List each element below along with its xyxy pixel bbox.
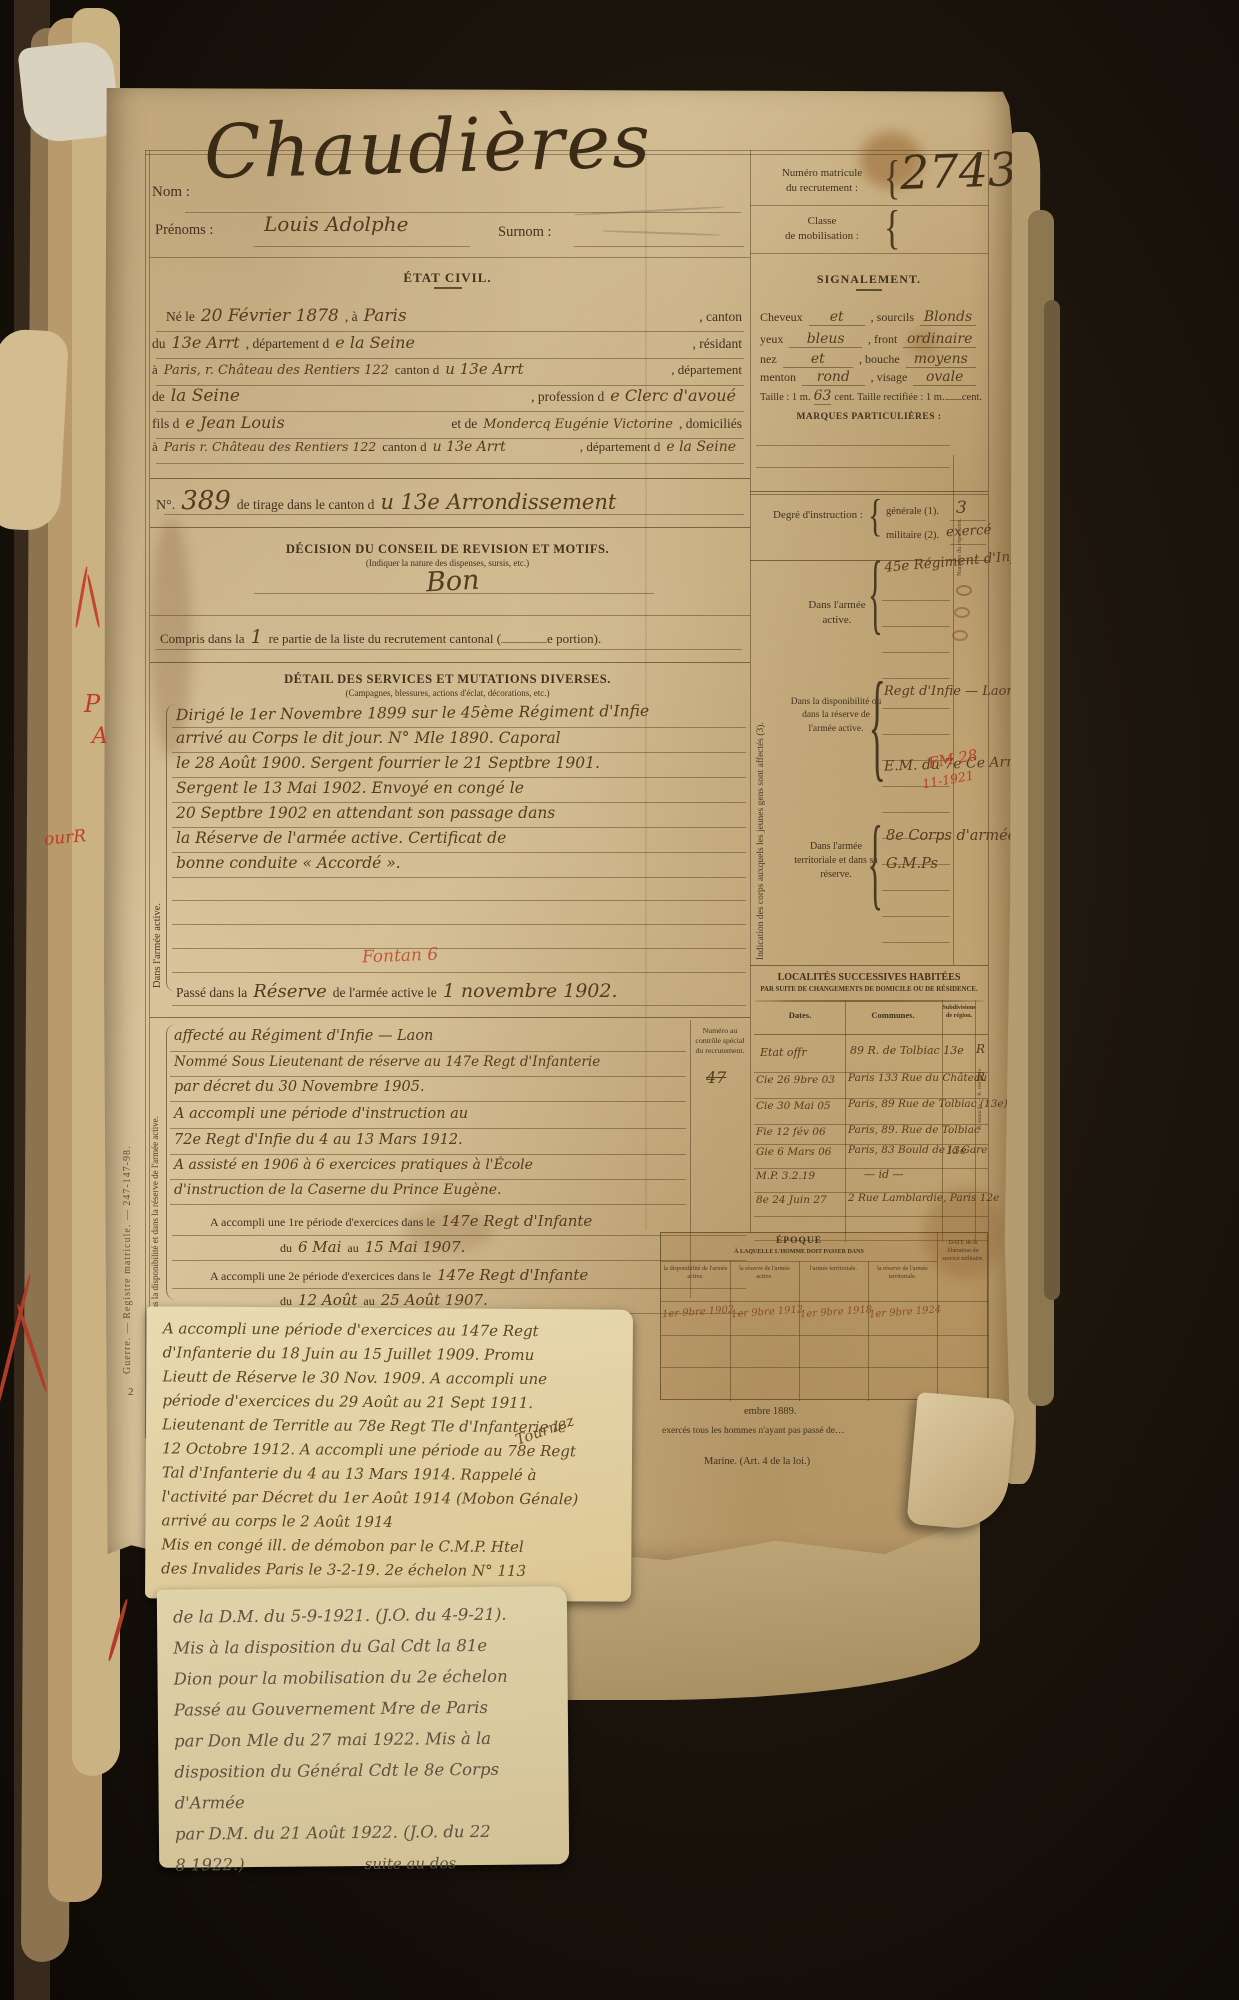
label: canton d bbox=[395, 362, 439, 378]
value: 13e Arrt bbox=[172, 333, 240, 352]
red-script-annotation: Fontan 6 bbox=[362, 945, 439, 968]
signalement-title: SIGNALEMENT. bbox=[750, 272, 988, 287]
label: au bbox=[347, 1241, 358, 1256]
rule bbox=[882, 812, 950, 813]
value: rond bbox=[802, 369, 865, 386]
label: Cheveux bbox=[760, 310, 803, 325]
label: , département d bbox=[580, 439, 661, 455]
epoque-value: 1er 9bre 1918 bbox=[800, 1305, 868, 1321]
service-line: la Réserve de l'armée active. Certificat… bbox=[176, 829, 506, 847]
service-line: Sergent le 13 Mai 1902. Envoyé en congé … bbox=[176, 779, 524, 797]
table-line bbox=[799, 1261, 800, 1401]
service-line: bonne conduite « Accordé ». bbox=[176, 854, 401, 872]
slip1-line: arrivé au corps le 2 Août 1914 bbox=[161, 1508, 619, 1535]
localites-row-date: Cie 30 Mai 05 bbox=[756, 1100, 831, 1112]
section-rule bbox=[150, 527, 750, 528]
reserve-line: 72e Regt d'Infie du 4 au 13 Mars 1912. bbox=[174, 1132, 463, 1148]
reserve-line: A assisté en 1906 à 6 exercices pratique… bbox=[174, 1157, 533, 1173]
armee-active-side-label: Dans l'armée active. bbox=[152, 748, 163, 988]
red-script-annotation: ourR bbox=[43, 826, 87, 850]
value: et bbox=[783, 351, 853, 368]
table-line bbox=[661, 1335, 989, 1336]
rule bbox=[574, 246, 744, 247]
rule bbox=[882, 734, 950, 735]
label: et de bbox=[451, 416, 477, 432]
localites-row-commune: 89 R. de Tolbiac 13e bbox=[850, 1044, 964, 1057]
label: e portion). bbox=[547, 631, 601, 647]
label: , bouche bbox=[859, 352, 900, 367]
matricule-value: 2743 bbox=[899, 142, 1018, 200]
value: 12 Août bbox=[298, 1291, 357, 1309]
rule bbox=[164, 514, 744, 515]
rule bbox=[170, 1154, 686, 1155]
service-line: arrivé au Corps le dit jour. N° Mle 1890… bbox=[176, 729, 561, 747]
rule bbox=[156, 331, 744, 332]
label: Compris dans la bbox=[160, 631, 245, 647]
value: 63 bbox=[814, 388, 832, 405]
localites-row-date: Etat offr bbox=[760, 1046, 807, 1059]
brace: { bbox=[868, 543, 883, 645]
etat-civil-line-1: Né le20 Février 1878, àParis, canton bbox=[166, 306, 742, 326]
column-divider bbox=[750, 150, 751, 1232]
value: moyens bbox=[906, 351, 976, 368]
rule bbox=[172, 777, 746, 778]
value: 6 Mai bbox=[298, 1238, 341, 1256]
spine-imprint: Guerre. — Registre matricule. — 247-147-… bbox=[122, 934, 133, 1374]
slip1-line: 12 Octobre 1912. A accompli une période … bbox=[162, 1436, 620, 1463]
rule bbox=[150, 615, 750, 616]
localites-row-date: Fie 12 fév 06 bbox=[756, 1126, 826, 1138]
rule bbox=[750, 205, 988, 206]
value: 147e Regt d'Infante bbox=[437, 1266, 588, 1284]
slip2-line: Dion pour la mobilisation du 2e échelon bbox=[173, 1660, 557, 1694]
rule bbox=[156, 649, 742, 650]
rule bbox=[156, 463, 744, 464]
etat-civil-line-3: àParis, r. Château des Rentiers 122canto… bbox=[152, 360, 742, 378]
ink-scribble bbox=[954, 607, 970, 618]
label: menton bbox=[760, 370, 796, 385]
reserve-line: d'instruction de la Caserne du Prince Eu… bbox=[174, 1182, 501, 1198]
value: ordinaire bbox=[903, 331, 976, 348]
label: , profession d bbox=[531, 389, 604, 405]
section-rule bbox=[150, 1017, 750, 1018]
rule bbox=[170, 1101, 686, 1102]
epoque-col-header: l'armée territoriale. bbox=[800, 1265, 867, 1273]
epoque-value: 1er 9bre 1902 bbox=[662, 1305, 730, 1321]
brace: { bbox=[868, 492, 882, 543]
service-line: 20 Septbre 1902 en attendant son passage… bbox=[176, 804, 555, 822]
rule bbox=[882, 600, 950, 601]
rule bbox=[150, 257, 750, 258]
brace: { bbox=[884, 202, 900, 255]
rule bbox=[172, 802, 746, 803]
rule bbox=[172, 827, 746, 828]
epoque-col-header: la disponibilité de l'armée active. bbox=[662, 1265, 729, 1281]
slip1-line: période d'exercices du 29 Août au 21 Sep… bbox=[162, 1388, 620, 1415]
table-line bbox=[845, 1000, 846, 1242]
rule bbox=[750, 253, 988, 254]
rule bbox=[754, 1216, 988, 1217]
value: e Jean Louis bbox=[185, 413, 284, 432]
torn-paper-tab bbox=[0, 328, 69, 531]
value: Paris r. Château des Rentiers 122 bbox=[164, 439, 376, 454]
signalement-row: nezet, bouchemoyens bbox=[760, 351, 982, 368]
value: u 13e Arrondissement bbox=[380, 490, 616, 514]
label: du bbox=[280, 1241, 292, 1256]
label: nez bbox=[760, 352, 777, 367]
signalement-row: yeuxbleus, frontordinaire bbox=[760, 331, 982, 348]
services-title: DÉTAIL DES SERVICES ET MUTATIONS DIVERSE… bbox=[145, 672, 750, 687]
etat-civil-line-5: fils de Jean Louiset deMondercq Eugénie … bbox=[152, 413, 742, 432]
value: Réserve bbox=[253, 981, 327, 1002]
label: du bbox=[152, 336, 166, 352]
slip1-line: l'activité par Décret du 1er Août 1914 (… bbox=[162, 1484, 620, 1511]
rule bbox=[170, 1179, 686, 1180]
value: 25 Août 1907. bbox=[381, 1291, 488, 1309]
value: 147e Regt d'Infante bbox=[441, 1212, 592, 1230]
frame-line bbox=[988, 150, 989, 1398]
title-underline bbox=[434, 287, 462, 289]
rule bbox=[254, 593, 654, 594]
rule bbox=[882, 652, 950, 653]
footer-fragment: exercés tous les hommes n'ayant pas pass… bbox=[662, 1426, 844, 1436]
tirage-line: N°.389de tirage dans le canton du 13e Ar… bbox=[156, 486, 742, 516]
label: de l'armée active le bbox=[333, 985, 437, 1001]
brace: { bbox=[884, 152, 900, 205]
value: e la Seine bbox=[335, 333, 415, 352]
photo-of-register-book: P A ourR Guerre. — Registre matricule. —… bbox=[0, 0, 1239, 2000]
passe-reserve-line: Passé dans laRéservede l'armée active le… bbox=[176, 980, 744, 1002]
reserve-line: par décret du 30 Novembre 1905. bbox=[174, 1079, 425, 1095]
red-letter-annotation: P bbox=[84, 690, 100, 718]
table-line bbox=[730, 1261, 731, 1401]
value: 1 novembre 1902. bbox=[443, 980, 618, 1002]
rule bbox=[172, 727, 746, 728]
slip2-line: par D.M. du 21 Août 1922. (J.O. du 22 bbox=[175, 1815, 559, 1849]
localites-row-commune: Paris, 89. Rue de Tolbiac bbox=[848, 1124, 980, 1136]
epoque-col-header: la réserve de l'armée active. bbox=[731, 1265, 798, 1281]
label: , département d bbox=[246, 336, 330, 352]
rule bbox=[882, 890, 950, 891]
corps-rotated-label: Indication des corps auxquels les jeunes… bbox=[756, 574, 766, 960]
rule bbox=[882, 708, 950, 709]
rule bbox=[756, 445, 950, 446]
value: u 13e Arrt bbox=[445, 360, 523, 378]
corps-dispo-value-1: Regt d'Infie — Laon bbox=[884, 684, 1015, 699]
matricule-label-2: du recrutement : bbox=[786, 182, 858, 194]
signalement-row: mentonrond, visageovale bbox=[760, 369, 982, 386]
localites-row-commune: Paris 133 Rue du Château bbox=[848, 1072, 987, 1084]
label: , visage bbox=[871, 370, 908, 385]
ink-scribble bbox=[952, 630, 968, 641]
controle-value: 47 bbox=[706, 1068, 726, 1087]
pasted-slip-services: A accompli une période d'exercices au 14… bbox=[145, 1306, 633, 1601]
slip2-line: Mis à la disposition du Gal Cdt la 81e bbox=[173, 1629, 557, 1663]
label: de bbox=[152, 389, 165, 405]
localites-row-date: 8e 24 Juin 27 bbox=[756, 1194, 827, 1206]
classe-label: Classede mobilisation : bbox=[760, 214, 884, 244]
slip1-line: A accompli une période d'exercices au 14… bbox=[163, 1316, 621, 1343]
periode1b-line: du6 Maiau15 Mai 1907. bbox=[280, 1238, 471, 1256]
localites-col-communes: Communes. bbox=[848, 1010, 938, 1020]
slip1-line: d'Infanterie du 18 Juin au 15 Juillet 19… bbox=[163, 1340, 621, 1367]
rule bbox=[882, 838, 950, 839]
label: yeux bbox=[760, 332, 783, 347]
rule bbox=[170, 1204, 686, 1205]
label: Taille : 1 m. bbox=[760, 392, 811, 403]
periode2-line: A accompli une 2e période d'exercices da… bbox=[210, 1266, 594, 1284]
classe-label-2: de mobilisation : bbox=[785, 230, 859, 242]
value: 389 bbox=[181, 486, 231, 516]
reserve-line: Nommé Sous Lieutenant de réserve au 147e… bbox=[174, 1054, 600, 1070]
prenoms-value: Louis Adolphe bbox=[264, 212, 408, 236]
compris-line: Compris dans la1re partie de la liste du… bbox=[160, 626, 742, 648]
localites-row-date: Cie 26 9bre 03 bbox=[756, 1074, 835, 1086]
rule bbox=[156, 411, 744, 412]
epoque-col-header: la réserve de l'armée territoriale. bbox=[869, 1265, 936, 1281]
label: A accompli une 1re période d'exercices d… bbox=[210, 1215, 435, 1230]
rule bbox=[172, 900, 746, 901]
suite-note: suite au dos bbox=[365, 1854, 457, 1873]
degre-label: Degré d'instruction : bbox=[768, 508, 868, 523]
label: , sourcils bbox=[871, 310, 914, 325]
section-rule bbox=[750, 965, 988, 966]
localites-row-dr: R bbox=[976, 1042, 985, 1056]
torn-paper-chunk bbox=[17, 39, 121, 144]
signalement-row: Cheveuxet, sourcilsBlonds bbox=[760, 309, 982, 326]
brace: { bbox=[868, 804, 883, 922]
reserve-line: A accompli une période d'instruction au bbox=[174, 1106, 468, 1122]
page-corner-curl bbox=[906, 1392, 1015, 1532]
value: 20 Février 1878 bbox=[201, 306, 339, 326]
prenoms-label: Prénoms : bbox=[155, 222, 213, 239]
etat-civil-line-6: àParis r. Château des Rentiers 122canton… bbox=[152, 439, 742, 455]
footer-fragment: embre 1889. bbox=[744, 1406, 797, 1417]
surnom-label: Surnom : bbox=[498, 224, 552, 241]
ink-scribble bbox=[956, 585, 972, 596]
table-line bbox=[937, 1233, 938, 1401]
epoque-date-col-header: DATE de la libération du service militai… bbox=[939, 1239, 987, 1263]
value: ovale bbox=[913, 369, 976, 386]
table-line bbox=[942, 1000, 943, 1242]
value: bleus bbox=[789, 331, 862, 348]
pencil-annotation bbox=[602, 230, 720, 236]
table-line bbox=[975, 1000, 976, 1242]
taille-row: Taille : 1 m.63cent. Taille rectifiée : … bbox=[760, 388, 982, 405]
value: 1 bbox=[251, 626, 263, 648]
slip1-line: Mis en congé ill. de démobon par le C.M.… bbox=[161, 1532, 619, 1559]
rule bbox=[170, 1076, 686, 1077]
label: , résidant bbox=[693, 336, 743, 352]
service-line: Dirigé le 1er Novembre 1899 sur le 45ème… bbox=[176, 702, 649, 724]
label: à bbox=[152, 362, 158, 378]
localites-col-dr: D. domicile — R. résidence. bbox=[977, 1004, 983, 1130]
rule bbox=[172, 924, 746, 925]
pencil-annotation bbox=[574, 206, 724, 216]
rule bbox=[754, 1034, 988, 1035]
localites-row-commune: — id — bbox=[864, 1168, 904, 1181]
label: canton d bbox=[382, 439, 426, 455]
localites-col-subdiv: Subdivisions de région. bbox=[942, 1004, 976, 1020]
slip2-line: 8 1922.) bbox=[175, 1849, 245, 1881]
repertoire-strip-line bbox=[953, 455, 954, 965]
slip1-line: Lieutt de Réserve le 30 Nov. 1909. A acc… bbox=[162, 1364, 620, 1391]
periode2b-line: du12 Aoûtau25 Août 1907. bbox=[280, 1291, 494, 1309]
slip2-line: par Don Mle du 27 mai 1922. Mis à la bbox=[174, 1722, 558, 1756]
value: la Seine bbox=[171, 386, 240, 406]
epoque-table: ÉPOQUE À LAQUELLE L'HOMME DOIT PASSER DA… bbox=[660, 1232, 988, 1400]
section-rule bbox=[150, 662, 750, 663]
value: et bbox=[809, 309, 865, 326]
label: au bbox=[363, 1294, 374, 1309]
table-line bbox=[868, 1261, 869, 1401]
table-line bbox=[661, 1367, 989, 1368]
label: Né le bbox=[166, 309, 195, 325]
label: , à bbox=[345, 309, 358, 325]
etat-civil-line-4: dela Seine, profession de Clerc d'avoué bbox=[152, 386, 742, 406]
label: cent. Taille rectifiée : 1 m. bbox=[834, 392, 944, 403]
value: Mondercq Eugénie Victorine bbox=[483, 417, 673, 432]
value: Blonds bbox=[920, 309, 976, 326]
rule bbox=[172, 852, 746, 853]
corps-terr-value-1: 8e Corps d'armée bbox=[886, 828, 1016, 844]
localites-row-date: M.P. 3.2.19 bbox=[756, 1170, 815, 1182]
service-line: le 28 Août 1900. Sergent fourrier le 21 … bbox=[176, 754, 600, 772]
value: 15 Mai 1907. bbox=[365, 1238, 466, 1256]
localites-row-subdiv: 13e bbox=[946, 1144, 967, 1157]
value: e Clerc d'avoué bbox=[610, 386, 736, 405]
matricule-label-1: Numéro matricule bbox=[782, 167, 862, 179]
label: A accompli une 2e période d'exercices da… bbox=[210, 1269, 431, 1284]
label: fils d bbox=[152, 416, 179, 432]
services-subtitle: (Campagnes, blessures, actions d'éclat, … bbox=[145, 688, 750, 698]
rule bbox=[882, 626, 950, 627]
spine-imprint-number: 2 bbox=[128, 1386, 134, 1398]
marques-label: MARQUES PARTICULIÈRES : bbox=[750, 412, 988, 422]
localites-row-commune: Paris, 89 Rue de Tolbiac (13e) bbox=[848, 1098, 1008, 1110]
periode1-line: A accompli une 1re période d'exercices d… bbox=[210, 1212, 598, 1230]
red-letter-annotation: A bbox=[92, 724, 108, 749]
rule bbox=[156, 358, 744, 359]
nom-label: Nom : bbox=[152, 184, 190, 201]
value: Paris bbox=[364, 306, 407, 326]
rule bbox=[254, 246, 470, 247]
value: Paris, r. Château des Rentiers 122 bbox=[164, 363, 389, 378]
epoque-subtitle: À LAQUELLE L'HOMME DOIT PASSER DANS bbox=[661, 1249, 937, 1255]
label: à bbox=[152, 439, 158, 455]
degre-militaire-label: militaire (2). bbox=[886, 530, 939, 541]
rule bbox=[170, 1128, 686, 1129]
slip1-line: des Invalides Paris le 3-2-19. 2e échelo… bbox=[161, 1556, 619, 1583]
etat-civil-title: ÉTAT CIVIL. bbox=[145, 270, 750, 286]
epoque-value: 1er 9bre 1912 bbox=[731, 1305, 799, 1321]
rule bbox=[882, 864, 950, 865]
localites-row-date: Gie 6 Mars 06 bbox=[756, 1146, 831, 1158]
value: e la Seine bbox=[666, 439, 736, 455]
label: , domiciliés bbox=[679, 416, 742, 432]
label: re partie de la liste du recrutement can… bbox=[269, 631, 501, 647]
slip2-line: disposition du Général Cdt le 8e Corps d… bbox=[174, 1753, 559, 1818]
controle-label: Numéro au contrôle spécial du recrutemen… bbox=[692, 1026, 748, 1056]
brace: { bbox=[869, 655, 886, 796]
rule bbox=[756, 467, 950, 468]
pasted-slip-notes: de la D.M. du 5-9-1921. (J.O. du 4-9-21)… bbox=[157, 1586, 569, 1868]
rule bbox=[172, 972, 746, 973]
rule bbox=[172, 948, 746, 949]
page-stack-edge bbox=[1044, 300, 1060, 1300]
localites-col-dates: Dates. bbox=[758, 1010, 842, 1020]
rule bbox=[172, 1005, 746, 1006]
rule bbox=[882, 916, 950, 917]
etat-civil-line-2: du13e Arrt, département de la Seine, rés… bbox=[152, 333, 742, 352]
label: , front bbox=[868, 332, 897, 347]
slip1-line: Tal d'Infanterie du 4 au 13 Mars 1914. R… bbox=[162, 1460, 620, 1487]
rule bbox=[172, 877, 746, 878]
degre-generale-label: générale (1). bbox=[886, 506, 939, 517]
title-underline bbox=[856, 289, 882, 291]
matricule-label: Numéro matriculedu recrutement : bbox=[760, 166, 884, 196]
rule bbox=[170, 1051, 686, 1052]
label: , département bbox=[671, 362, 742, 378]
rule bbox=[172, 752, 746, 753]
epoque-title: ÉPOQUE bbox=[661, 1236, 937, 1246]
localites-subtitle: PAR SUITE DE CHANGEMENTS DE DOMICILE OU … bbox=[750, 986, 988, 993]
label: de tirage dans le canton d bbox=[237, 497, 375, 513]
classe-label-1: Classe bbox=[808, 215, 837, 227]
nom-value: Chaudières bbox=[203, 98, 653, 196]
epoque-value: 1er 9bre 1924 bbox=[869, 1305, 937, 1321]
localites-row-dr: R bbox=[976, 1070, 985, 1084]
label: cent. bbox=[962, 392, 982, 403]
reserve-line: affecté au Régiment d'Infie — Laon bbox=[174, 1028, 433, 1044]
localites-row-commune: 2 Rue Lamblardie, Paris 12e bbox=[848, 1192, 999, 1204]
slip2-line: de la D.M. du 5-9-1921. (J.O. du 4-9-21)… bbox=[173, 1598, 557, 1632]
footer-fragment: Marine. (Art. 4 de la loi.) bbox=[704, 1456, 810, 1467]
value: u 13e Arrt bbox=[433, 439, 506, 455]
label: , canton bbox=[699, 309, 742, 325]
table-line bbox=[661, 1301, 989, 1302]
slip2-line: Passé au Gouvernement Mre de Paris bbox=[174, 1691, 558, 1725]
label: N°. bbox=[156, 498, 175, 514]
section-rule bbox=[150, 478, 750, 479]
decision-title: DÉCISION DU CONSEIL DE REVISION ET MOTIF… bbox=[145, 542, 750, 557]
rule bbox=[882, 942, 950, 943]
frame-line bbox=[145, 150, 146, 1438]
rule bbox=[882, 678, 950, 679]
squiggle-rule bbox=[754, 1000, 984, 1002]
localites-title: LOCALITÉS SUCCESSIVES HABITÉES bbox=[750, 972, 988, 983]
label: Passé dans la bbox=[176, 985, 247, 1001]
